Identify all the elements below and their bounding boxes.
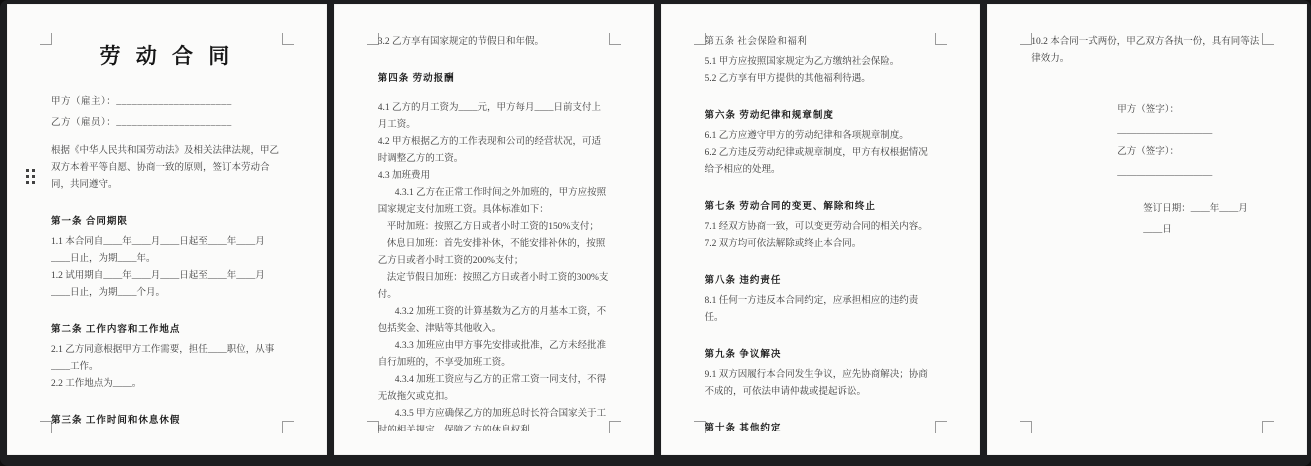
page-1[interactable]: 劳 动 合 同甲方（雇主）：______________________乙方（雇… <box>7 4 327 455</box>
page-content: 第五条 社会保险和福利5.1 甲方应按照国家规定为乙方缴纳社会保险。5.2 乙方… <box>705 34 937 431</box>
section-heading: 第四条 劳动报酬 <box>378 71 610 88</box>
clause-text: 6.2 乙方违反劳动纪律或规章制度，甲方有权根据情况给予相应的处理。 <box>705 145 937 179</box>
drag-handle-icon[interactable] <box>26 169 35 184</box>
clause-text: 1.1 本合同自____年____月____日起至____年____月____日… <box>51 234 283 268</box>
clause-text: 平时加班：按照乙方日或者小时工资的150%支付； <box>378 219 610 236</box>
spacer <box>378 51 610 60</box>
clause-text: 4.3.2 加班工资的计算基数为乙方的月基本工资，不包括奖金、津贴等其他收入。 <box>378 304 610 338</box>
clause-text: 3.2 乙方享有国家规定的节假日和年假。 <box>378 34 610 51</box>
clause-text: 10.2 本合同一式两份，甲乙双方各执一份，具有同等法律效力。 <box>1031 34 1263 68</box>
section-heading: 第二条 工作内容和工作地点 <box>51 322 283 339</box>
clause-text: 4.2 甲方根据乙方的工作表现和公司的经营状况，可适时调整乙方的工资。 <box>378 134 610 168</box>
spacer <box>705 327 937 336</box>
clause-text: 7.1 经双方协商一致，可以变更劳动合同的相关内容。 <box>705 219 937 236</box>
section-heading: 第八条 违约责任 <box>705 273 937 290</box>
spacer <box>51 194 283 203</box>
page-4[interactable]: 10.2 本合同一式两份，甲乙双方各执一份，具有同等法律效力。甲方（签字）：__… <box>987 4 1307 455</box>
text-boundary-crop-mark <box>609 421 621 433</box>
clause-text: 4.3.4 加班工资应与乙方的正常工资一同支付，不得无故拖欠或克扣。 <box>378 372 610 406</box>
text-boundary-crop-mark <box>282 33 294 45</box>
spacer <box>378 91 610 100</box>
section-heading: 第九条 争议解决 <box>705 347 937 364</box>
signature-line: 甲方（签字）：____________________ <box>1117 100 1263 142</box>
spacer <box>705 179 937 188</box>
page-content: 10.2 本合同一式两份，甲乙双方各执一份，具有同等法律效力。甲方（签字）：__… <box>1031 34 1263 431</box>
clause-text: 9.1 双方因履行本合同发生争议，应先协商解决；协商不成的，可依法申请仲裁或提起… <box>705 367 937 401</box>
form-field-line: 甲方（雇主）：______________________ <box>51 92 283 112</box>
clause-text: 4.3.3 加班应由甲方事先安排或批准，乙方未经批准自行加班的，不享受加班工资。 <box>378 338 610 372</box>
spacer <box>705 88 937 97</box>
text-boundary-crop-mark <box>935 421 947 433</box>
text-boundary-crop-mark <box>1262 33 1274 45</box>
section-heading: 第一条 合同期限 <box>51 214 283 231</box>
text-boundary-crop-mark <box>282 421 294 433</box>
clause-text: 5.1 甲方应按照国家规定为乙方缴纳社会保险。 <box>705 54 937 71</box>
clause-text: 5.2 乙方享有甲方提供的其他福利待遇。 <box>705 71 937 88</box>
document-canvas: 劳 动 合 同甲方（雇主）：______________________乙方（雇… <box>0 0 1311 466</box>
clause-text: 法定节假日加班：按照乙方日或者小时工资的300%支付。 <box>378 270 610 304</box>
spacer <box>705 253 937 262</box>
page-content: 劳 动 合 同甲方（雇主）：______________________乙方（雇… <box>51 34 283 431</box>
clause-text: 4.1 乙方的月工资为____元，甲方每月____日前支付上月工资。 <box>378 100 610 134</box>
clause-text: 7.2 双方均可依法解除或终止本合同。 <box>705 236 937 253</box>
page-3[interactable]: 第五条 社会保险和福利5.1 甲方应按照国家规定为乙方缴纳社会保险。5.2 乙方… <box>661 4 981 455</box>
clause-text: 1.2 试用期自____年____月____日起至____年____月____日… <box>51 268 283 302</box>
clause-text: 2.1 乙方同意根据甲方工作需要，担任____职位，从事____工作。 <box>51 342 283 376</box>
section-heading: 第三条 工作时间和休息休假 <box>51 413 283 430</box>
section-heading: 第七条 劳动合同的变更、解除和终止 <box>705 199 937 216</box>
spacer <box>51 393 283 402</box>
clause-text: 休息日加班：首先安排补休，不能安排补休的，按照乙方日或者小时工资的200%支付； <box>378 236 610 270</box>
spacer <box>51 134 283 143</box>
spacer <box>1031 68 1263 100</box>
section-heading: 第五条 社会保险和福利 <box>705 34 937 51</box>
text-boundary-crop-mark <box>609 33 621 45</box>
clause-text: 4.3.1 乙方在正常工作时间之外加班的，甲方应按照国家规定支付加班工资。具体标… <box>378 185 610 219</box>
clause-text: 6.1 乙方应遵守甲方的劳动纪律和各项规章制度。 <box>705 128 937 145</box>
clause-text: 4.3.5 甲方应确保乙方的加班总时长符合国家关于工时的相关规定，保障乙方的休息… <box>378 406 610 431</box>
page-content: 3.2 乙方享有国家规定的节假日和年假。第四条 劳动报酬4.1 乙方的月工资为_… <box>378 34 610 431</box>
document-title: 劳 动 合 同 <box>51 42 283 70</box>
signature-line: 乙方（签字）：____________________ <box>1117 142 1263 184</box>
section-heading: 第十条 其他约定 <box>705 421 937 431</box>
section-heading: 第六条 劳动纪律和规章制度 <box>705 108 937 125</box>
clause-text: 8.1 任何一方违反本合同约定，应承担相应的违约责任。 <box>705 293 937 327</box>
sign-date-line: 签订日期：____年____月____日 <box>1143 199 1263 241</box>
form-field-line: 乙方（雇员）：______________________ <box>51 113 283 133</box>
page-2[interactable]: 3.2 乙方享有国家规定的节假日和年假。第四条 劳动报酬4.1 乙方的月工资为_… <box>334 4 654 455</box>
clause-text: 2.2 工作地点为____。 <box>51 376 283 393</box>
spacer <box>51 302 283 311</box>
clause-text: 根据《中华人民共和国劳动法》及相关法律法规，甲乙双方本着平等自愿、协商一致的原则… <box>51 143 283 194</box>
spacer <box>705 401 937 410</box>
text-boundary-crop-mark <box>935 33 947 45</box>
text-boundary-crop-mark <box>1262 421 1274 433</box>
clause-text: 4.3 加班费用 <box>378 168 610 185</box>
